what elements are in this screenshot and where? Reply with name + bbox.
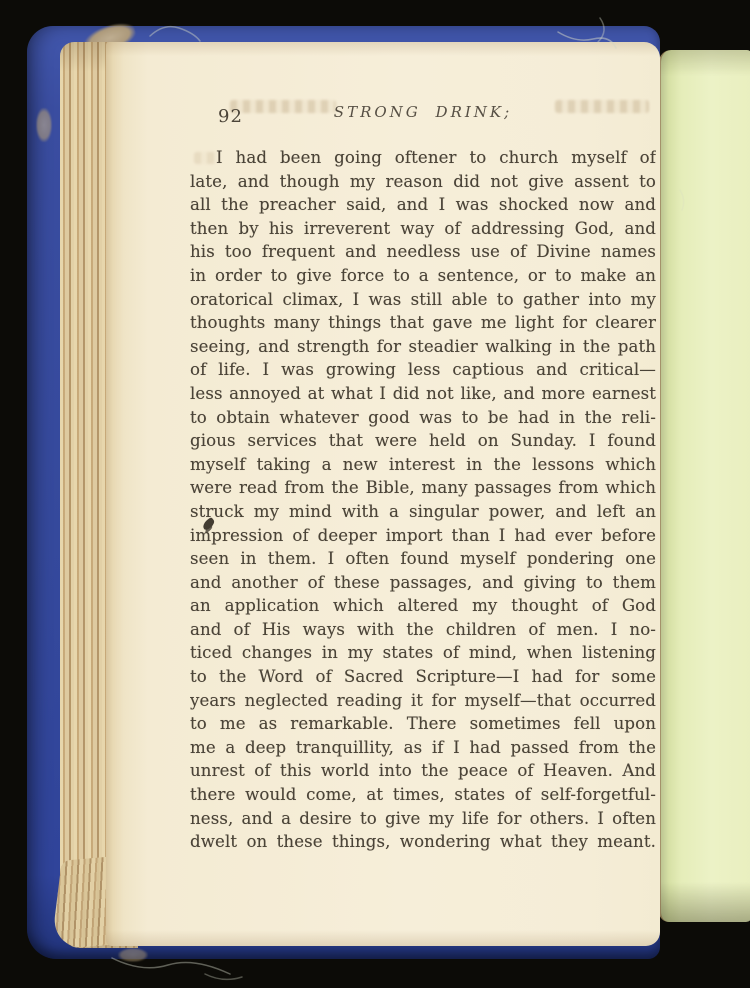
text-line: myself taking a new interest in the less… xyxy=(190,453,656,477)
text-line: ness, and a desire to give my life for o… xyxy=(190,807,656,831)
text-line: there would come, at times, states of se… xyxy=(190,783,656,807)
running-head-title: STRONG DRINK; xyxy=(190,103,656,121)
text-line: to me as remarkable. There sometimes fel… xyxy=(190,712,656,736)
worn-bottom-spot xyxy=(118,948,148,962)
text-line: and another of these passages, and givin… xyxy=(190,571,656,595)
text-line: his too frequent and needless use of Div… xyxy=(190,240,656,264)
text-line: to obtain whatever good was to be had in… xyxy=(190,406,656,430)
text-line: gious services that were held on Sunday.… xyxy=(190,429,656,453)
text-line: I had been going oftener to church mysel… xyxy=(190,146,656,170)
text-line: unrest of this world into the peace of H… xyxy=(190,759,656,783)
text-line: thoughts many things that gave me light … xyxy=(190,311,656,335)
facing-page-edge xyxy=(659,50,750,922)
text-line: in order to give force to a sentence, or… xyxy=(190,264,656,288)
text-line: seeing, and strength for steadier walkin… xyxy=(190,335,656,359)
book-photo-stage: 92 STRONG DRINK; I had been going oftene… xyxy=(0,0,750,988)
worn-edge-spot xyxy=(36,108,52,142)
text-line: ticed changes in my states of mind, when… xyxy=(190,641,656,665)
text-line: me a deep tranquillity, as if I had pass… xyxy=(190,736,656,760)
text-line: struck my mind with a singular power, an… xyxy=(190,500,656,524)
text-line: and of His ways with the children of men… xyxy=(190,618,656,642)
text-line: years neglected reading it for myself—th… xyxy=(190,689,656,713)
text-line: less annoyed at what I did not like, and… xyxy=(190,382,656,406)
text-line: oratorical climax, I was still able to g… xyxy=(190,288,656,312)
book-page: 92 STRONG DRINK; I had been going oftene… xyxy=(106,42,660,946)
text-line: to the Word of Sacred Scripture—I had fo… xyxy=(190,665,656,689)
text-line: of life. I was growing less captious and… xyxy=(190,358,656,382)
text-line: impression of deeper import than I had e… xyxy=(190,524,656,548)
text-line: late, and though my reason did not give … xyxy=(190,170,656,194)
text-line: an application which altered my thought … xyxy=(190,594,656,618)
text-line: were read from the Bible, many passages … xyxy=(190,476,656,500)
text-line: seen in them. I often found myself ponde… xyxy=(190,547,656,571)
text-line: all the preacher said, and I was shocked… xyxy=(190,193,656,217)
page-body-text: I had been going oftener to church mysel… xyxy=(190,146,656,854)
text-line: then by his irreverent way of addressing… xyxy=(190,217,656,241)
text-line: dwelt on these things, wondering what th… xyxy=(190,830,656,854)
